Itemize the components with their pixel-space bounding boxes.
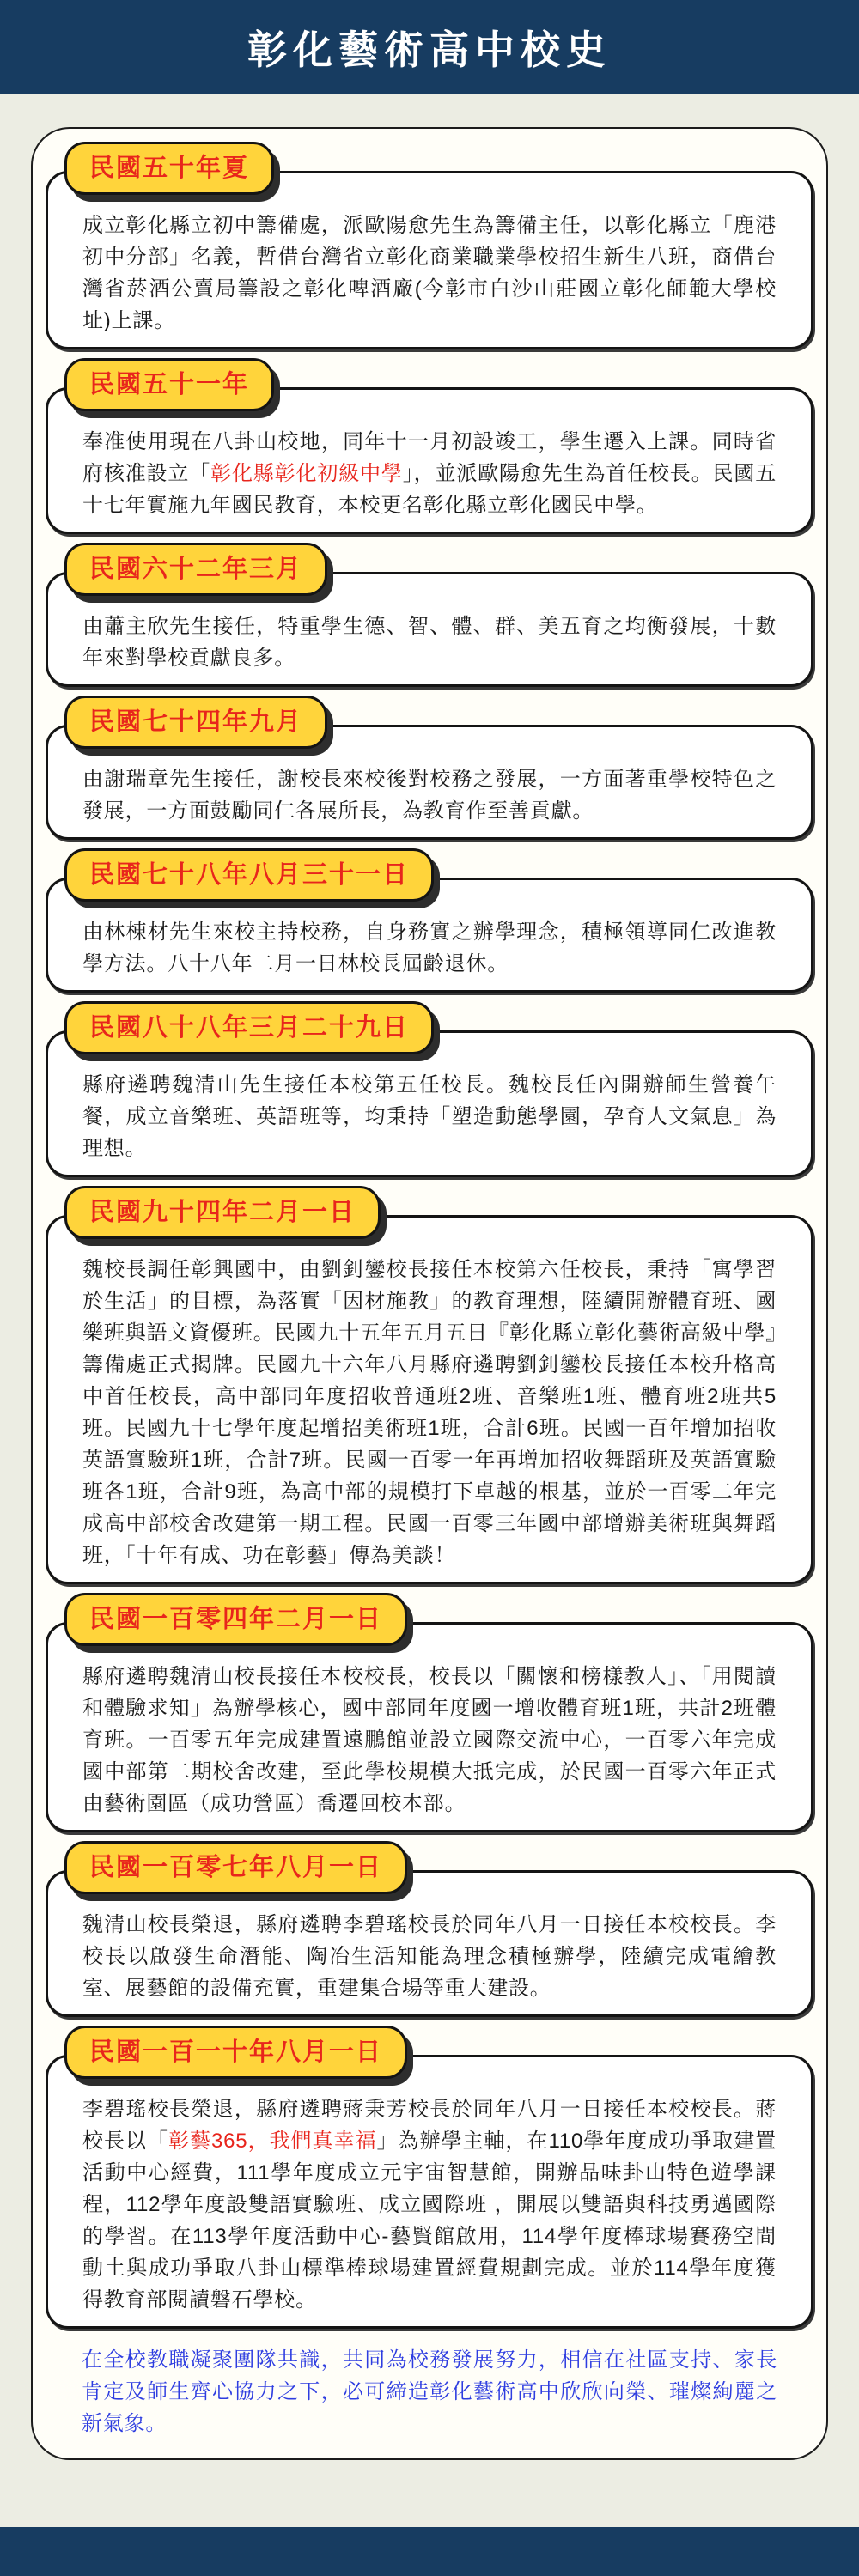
timeline-entry-7: 民國九十四年二月一日魏校長調任彰興國中，由劉釗鑾校長接任本校第六任校長，秉持「寓…: [46, 1186, 813, 1584]
timeline-entry-9: 民國一百零七年八月一日魏清山校長榮退，縣府遴聘李碧瑤校長於同年八月一日接任本校校…: [46, 1841, 813, 2017]
era-badge-label: 民國一百一十年八月一日: [89, 2038, 382, 2066]
era-badge: 民國七十八年八月三十一日: [64, 848, 434, 902]
page-header: 彰化藝術高中校史: [0, 0, 859, 94]
body-text: 魏清山校長榮退，縣府遴聘李碧瑤校長於同年八月一日接任本校校長。李校長以啟發生命潛…: [82, 1913, 777, 2000]
era-badge: 民國一百一十年八月一日: [64, 2026, 407, 2079]
era-description-text: 奉准使用現在八卦山校地，同年十一月初設竣工，學生遷入上課。同時省府核准設立「彰化…: [82, 426, 777, 521]
era-description-box: 魏校長調任彰興國中，由劉釗鑾校長接任本校第六任校長，秉持「寓學習於生活」的目標，…: [46, 1215, 813, 1584]
timeline-entry-4: 民國七十四年九月由謝瑞章先生接任，謝校長來校後對校務之發展，一方面著重學校特色之…: [46, 696, 813, 840]
timeline-entry-8: 民國一百零四年二月一日縣府遴聘魏清山校長接任本校校長，校長以「關懷和榜樣教人」、…: [46, 1593, 813, 1832]
highlighted-text: 彰化縣彰化初級中學: [210, 462, 403, 485]
era-description-text: 魏校長調任彰興國中，由劉釗鑾校長接任本校第六任校長，秉持「寓學習於生活」的目標，…: [82, 1254, 777, 1571]
era-description-box: 縣府遴聘魏清山校長接任本校校長，校長以「關懷和榜樣教人」、「用閱讀和體驗求知」為…: [46, 1622, 813, 1832]
timeline-entry-5: 民國七十八年八月三十一日由林棟材先生來校主持校務，自身務實之辦學理念，積極領導同…: [46, 848, 813, 993]
era-description-box: 成立彰化縣立初中籌備處，派歐陽愈先生為籌備主任，以彰化縣立「鹿港初中分部」名義，…: [46, 171, 813, 349]
body-text: 由林棟材先生來校主持校務，自身務實之辦學理念，積極領導同仁改進教學方法。八十八年…: [82, 920, 777, 975]
era-badge-label: 民國八十八年三月二十九日: [89, 1014, 409, 1042]
timeline-entry-10: 民國一百一十年八月一日李碧瑤校長榮退，縣府遴聘蔣秉芳校長於同年八月一日接任本校校…: [46, 2026, 813, 2329]
body-text: 成立彰化縣立初中籌備處，派歐陽愈先生為籌備主任，以彰化縣立「鹿港初中分部」名義，…: [82, 214, 777, 332]
body-text: 」為辦學主軸，在110學年度成功爭取建置活動中心經費，111學年度成立元宇宙智慧…: [82, 2129, 777, 2312]
era-description-text: 縣府遴聘魏清山校長接任本校校長，校長以「關懷和榜樣教人」、「用閱讀和體驗求知」為…: [82, 1661, 777, 1820]
era-description-text: 李碧瑤校長榮退，縣府遴聘蔣秉芳校長於同年八月一日接任本校校長。蔣校長以「彰藝36…: [82, 2093, 777, 2316]
timeline: 民國五十年夏成立彰化縣立初中籌備處，派歐陽愈先生為籌備主任，以彰化縣立「鹿港初中…: [46, 142, 813, 2329]
era-badge: 民國五十一年: [64, 358, 274, 411]
body-text: 縣府遴聘魏清山校長接任本校校長，校長以「關懷和榜樣教人」、「用閱讀和體驗求知」為…: [82, 1665, 777, 1815]
era-badge: 民國一百零四年二月一日: [64, 1593, 407, 1646]
body-text: 縣府遴聘魏清山先生接任本校第五任校長。魏校長任內開辦師生營養午餐，成立音樂班、英…: [82, 1073, 777, 1160]
page-footer: [0, 2527, 859, 2576]
era-badge: 民國八十八年三月二十九日: [64, 1001, 434, 1054]
timeline-entry-2: 民國五十一年奉准使用現在八卦山校地，同年十一月初設竣工，學生遷入上課。同時省府核…: [46, 358, 813, 534]
era-description-box: 李碧瑤校長榮退，縣府遴聘蔣秉芳校長於同年八月一日接任本校校長。蔣校長以「彰藝36…: [46, 2055, 813, 2329]
highlighted-text: 彰藝365，我們真幸福: [168, 2129, 377, 2153]
era-description-text: 由林棟材先生來校主持校務，自身務實之辦學理念，積極領導同仁改進教學方法。八十八年…: [82, 916, 777, 980]
era-badge: 民國一百零七年八月一日: [64, 1841, 407, 1894]
era-description-text: 魏清山校長榮退，縣府遴聘李碧瑤校長於同年八月一日接任本校校長。李校長以啟發生命潛…: [82, 1909, 777, 2004]
era-badge-label: 民國五十一年: [89, 371, 249, 398]
era-badge: 民國六十二年三月: [64, 543, 327, 596]
era-description-text: 由蕭主欣先生接任，特重學生德、智、體、群、美五育之均衡發展，十數年來對學校貢獻良…: [82, 611, 777, 674]
era-description-text: 縣府遴聘魏清山先生接任本校第五任校長。魏校長任內開辦師生營養午餐，成立音樂班、英…: [82, 1069, 777, 1164]
era-badge-label: 民國七十四年九月: [89, 708, 302, 736]
era-description-text: 由謝瑞章先生接任，謝校長來校後對校務之發展，一方面著重學校特色之發展，一方面鼓勵…: [82, 763, 777, 827]
era-badge-label: 民國九十四年二月一日: [89, 1199, 356, 1226]
page-title: 彰化藝術高中校史: [247, 19, 612, 76]
body-text: 由謝瑞章先生接任，謝校長來校後對校務之發展，一方面著重學校特色之發展，一方面鼓勵…: [82, 768, 777, 823]
era-badge-label: 民國一百零七年八月一日: [89, 1854, 382, 1881]
timeline-entry-3: 民國六十二年三月由蕭主欣先生接任，特重學生德、智、體、群、美五育之均衡發展，十數…: [46, 543, 813, 687]
era-badge-label: 民國一百零四年二月一日: [89, 1606, 382, 1633]
era-badge-label: 民國五十年夏: [89, 155, 249, 182]
era-badge-label: 民國六十二年三月: [89, 556, 302, 583]
body-text: 由蕭主欣先生接任，特重學生德、智、體、群、美五育之均衡發展，十數年來對學校貢獻良…: [82, 615, 777, 670]
era-badge: 民國五十年夏: [64, 142, 274, 195]
era-badge-label: 民國七十八年八月三十一日: [89, 861, 409, 889]
body-text: 魏校長調任彰興國中，由劉釗鑾校長接任本校第六任校長，秉持「寓學習於生活」的目標，…: [82, 1258, 777, 1567]
era-description-text: 成立彰化縣立初中籌備處，派歐陽愈先生為籌備主任，以彰化縣立「鹿港初中分部」名義，…: [82, 210, 777, 337]
timeline-entry-1: 民國五十年夏成立彰化縣立初中籌備處，派歐陽愈先生為籌備主任，以彰化縣立「鹿港初中…: [46, 142, 813, 349]
timeline-container: 民國五十年夏成立彰化縣立初中籌備處，派歐陽愈先生為籌備主任，以彰化縣立「鹿港初中…: [31, 127, 828, 2460]
era-badge: 民國九十四年二月一日: [64, 1186, 381, 1239]
timeline-entry-6: 民國八十八年三月二十九日縣府遴聘魏清山先生接任本校第五任校長。魏校長任內開辦師生…: [46, 1001, 813, 1177]
conclusion-paragraph: 在全校教職凝聚團隊共識，共同為校務發展努力，相信在社區支持、家長肯定及師生齊心協…: [82, 2344, 777, 2439]
era-badge: 民國七十四年九月: [64, 696, 327, 749]
